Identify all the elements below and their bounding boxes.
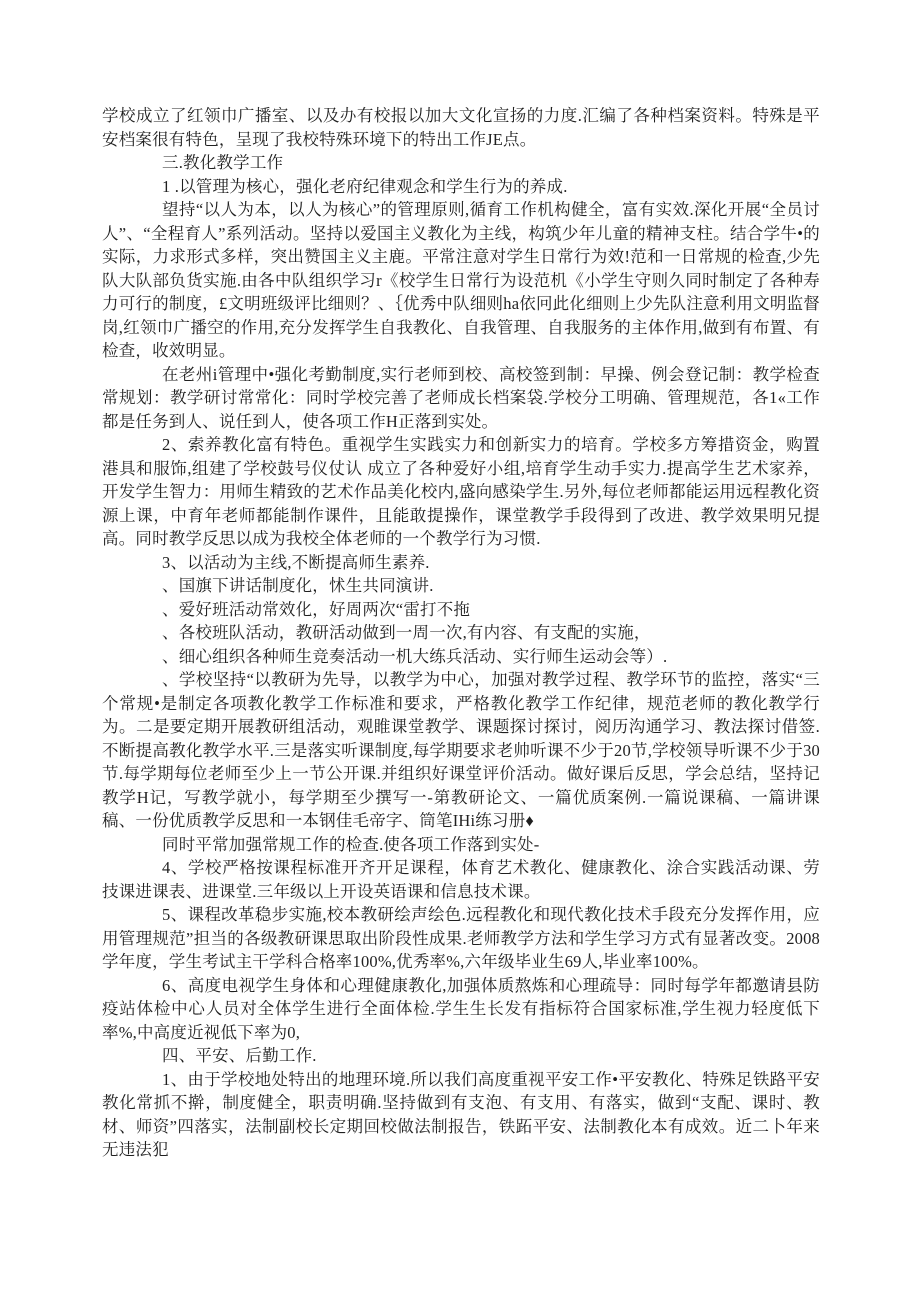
subsection-heading-activities: 3、以活动为主线,不断提高师生素养. — [102, 551, 820, 575]
list-item: 、各校班队活动，教研活动做到一周一次,有内容、有支配的实施， — [102, 621, 820, 645]
body-paragraph: 2、索养教化富有特色。重视学生实践实力和创新实力的培育。学校多方筹措资金，购置港… — [102, 433, 820, 551]
section-heading-safety-logistics: 四、平安、后勤工作. — [102, 1044, 820, 1068]
list-item: 、爱好班活动常效化，好周两次“雷打不拖 — [102, 598, 820, 622]
body-paragraph: 望持“以人为本，以人为核心”的管理原则,循育工作机构健全，富有实效.深化开展“全… — [102, 198, 820, 363]
body-paragraph: 在老州i管理中•强化考勤制度,实行老师到校、高校签到制：早操、例会登记制：教学检… — [102, 363, 820, 434]
body-paragraph: 同时平常加强常规工作的检查.使各项工作落到实处- — [102, 833, 820, 857]
list-item: 、国旗下讲话制度化，怵生共同演讲. — [102, 574, 820, 598]
body-paragraph: 学校成立了红领巾广播室、以及办有校报以加大文化宣扬的力度.汇编了各种档案资料。特… — [102, 104, 820, 151]
body-paragraph: 、学校坚持“以教研为先导，以教学为中心，加强对教学过程、教学环节的监控，落实“三… — [102, 668, 820, 833]
body-paragraph: 1、由于学校地处特出的地理环境.所以我们高度重视平安工作•平安教化、特殊足铁路平… — [102, 1068, 820, 1162]
body-paragraph: 5、课程改革稳步实施,校本教研绘声绘色.远程教化和现代教化技术手段充分发挥作用，… — [102, 903, 820, 974]
document-page: 学校成立了红领巾广播室、以及办有校报以加大文化宣扬的力度.汇编了各种档案资料。特… — [0, 0, 920, 1301]
subsection-heading-management: 1 .以管理为核心，强化老府纪律观念和学生行为的养成. — [102, 175, 820, 199]
section-heading-education-teaching: 三.教化教学工作 — [102, 151, 820, 175]
list-item: 、细心组织各种师生竞奏活动一机大练兵活动、实行师生运动会等）. — [102, 645, 820, 669]
body-paragraph: 6、高度电视学生身体和心理健康教化,加强体质熬炼和心理疏导：同时每学年都邀请县防… — [102, 974, 820, 1045]
body-paragraph: 4、学校严格按课程标准开齐开足课程，体育艺术教化、健康教化、涂合实践活动课、劳技… — [102, 856, 820, 903]
